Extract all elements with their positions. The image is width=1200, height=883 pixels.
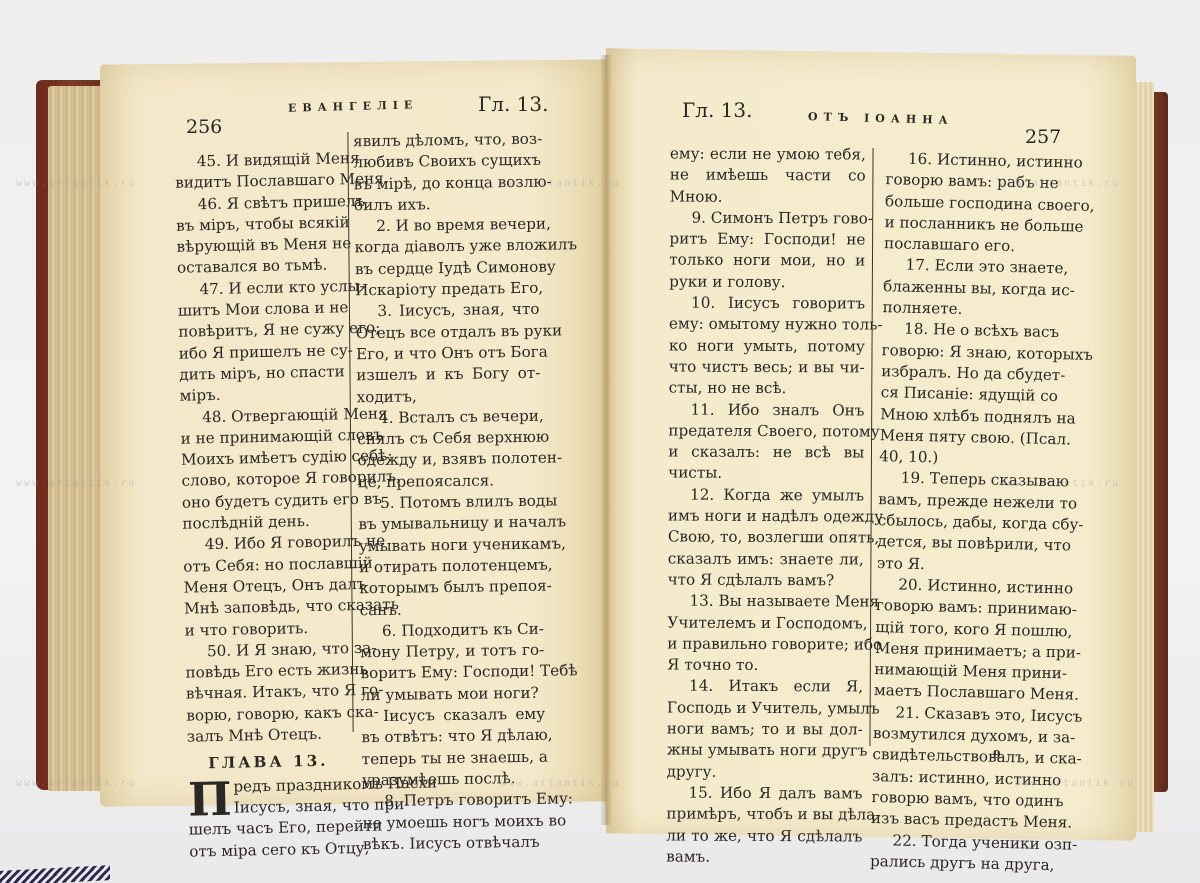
- text-line: 2. И во время вечери,: [354, 214, 538, 238]
- text-line: вѣкъ. Іисусъ отвѣчалъ: [363, 831, 547, 855]
- text-line: 12. Когда же умылъ: [668, 484, 864, 506]
- text-line: любивъ Своихъ сущихъ: [353, 150, 537, 174]
- text-line: ли умывать мои ноги?: [361, 682, 545, 706]
- text-line: и отирать полотенцемъ,: [359, 555, 543, 579]
- text-line: руки и голову.: [669, 271, 865, 293]
- text-line: жны умывать ноги другъ: [667, 740, 863, 762]
- text-line: ко ноги умыть, потому: [669, 335, 865, 357]
- text-line: въ отвѣтъ: что Я дѣлаю,: [361, 725, 545, 749]
- right-page-column-2: 16. Истинно, истинноговорю вамъ: рабъ не…: [870, 148, 1056, 876]
- text-line: не имѣешь части со: [670, 165, 866, 187]
- left-page-column-2: явилъ дѣломъ, что, воз-любивъ Своихъ сущ…: [353, 129, 547, 856]
- text-line: ходитъ,: [357, 384, 541, 408]
- text-line: дить міръ, но спасти: [179, 361, 341, 386]
- text-line: только ноги мои, но и: [669, 250, 865, 272]
- text-line: Я точно то.: [667, 655, 863, 677]
- text-line: Іисусъ сказалъ ему: [361, 704, 545, 728]
- cloth-corner: [0, 865, 110, 883]
- text-line: Мнѣ заповѣдь, что сказать: [184, 596, 346, 621]
- text-line: отъ міра сего къ Отцу,: [189, 838, 351, 863]
- chapter-title: ГЛАВА 13.: [187, 745, 350, 778]
- watermark: www.artantik.ru: [1000, 178, 1120, 189]
- text-line: оно будетъ судить его въ: [182, 489, 344, 514]
- text-line: 6. Подходитъ къ Си-: [360, 619, 544, 643]
- text-line: 9. Симонъ Петръ гово-: [669, 207, 865, 229]
- text-line: 5. Потомъ влилъ воды: [358, 491, 542, 515]
- text-line: шелъ часъ Его, перейти: [189, 816, 351, 841]
- text-line: Его, и что Онъ отъ Бога: [356, 342, 540, 366]
- text-line: це, препоясался.: [358, 469, 542, 493]
- text-line: когда діаволъ уже вложилъ: [354, 235, 538, 259]
- text-line: изшелъ и къ Богу от-: [356, 363, 540, 387]
- left-chapter-ref: Гл. 13.: [478, 92, 548, 116]
- text-line: ворю, говорю, какъ ска-: [186, 702, 348, 727]
- text-line: воритъ Ему: Господи! Тебѣ: [360, 661, 544, 685]
- right-page-number: 257: [1025, 126, 1061, 148]
- text-line: 49. Ибо Я говорилъ не: [183, 532, 345, 557]
- text-line: что Я сдѣлалъ вамъ?: [668, 569, 864, 591]
- page-edges-left: [48, 86, 108, 791]
- text-line: предателя Своего, потому: [668, 420, 864, 442]
- left-page-column-1: 45. И видящій Менявидитъ Пославшаго Меня…: [175, 148, 352, 862]
- text-line: 4. Всталъ съ вечери,: [357, 406, 541, 430]
- chapter-opening: П редъ праздникомъ ПасхиІисусъ, зная, чт…: [188, 774, 352, 863]
- text-line: ритъ Ему: Господи! не: [669, 229, 865, 251]
- text-line: умывать ноги ученикамъ,: [359, 533, 543, 557]
- text-line: другу.: [667, 761, 863, 783]
- verse-lines: 45. И видящій Менявидитъ Пославшаго Меня…: [175, 148, 349, 748]
- dropcap: П: [188, 778, 232, 819]
- text-line: и сказалъ: не всѣ вы: [668, 442, 864, 464]
- text-line: 14. Итакъ если Я,: [667, 676, 863, 698]
- text-line: Мною.: [670, 186, 866, 208]
- text-line: примѣръ, чтобъ и вы дѣла-: [666, 804, 862, 826]
- text-line: чисты.: [668, 463, 864, 485]
- watermark: www.artantik.ru: [16, 178, 136, 189]
- text-line: Отецъ все отдалъ въ руки: [356, 320, 540, 344]
- watermark: www.artantik.ru: [1000, 478, 1120, 489]
- text-line: что чистъ весь; и вы чи-: [669, 356, 865, 378]
- watermark: www.artantik.ru: [16, 478, 136, 489]
- text-line: рались другъ на друга,: [870, 851, 1040, 876]
- text-line: 15. Ибо Я далъ вамъ: [666, 782, 862, 804]
- text-line: 10. Іисусъ говоритъ: [669, 293, 865, 315]
- watermark: www.artantik.ru: [1015, 778, 1135, 789]
- text-line: видитъ Пославшаго Меня.: [175, 170, 337, 195]
- signature-mark: 9: [993, 748, 1001, 761]
- text-line: имъ ноги и надѣлъ одежду: [668, 506, 864, 528]
- text-line: въ сердце Іудѣ Симонову: [355, 257, 539, 281]
- text-line: которымъ былъ препоя-: [359, 576, 543, 600]
- text-line: Свою, то, возлегши опять,: [668, 527, 864, 549]
- text-line: 13. Вы называете Меня: [667, 591, 863, 613]
- right-chapter-ref: Гл. 13.: [682, 98, 752, 122]
- text-line: ноги вамъ; то и вы дол-: [667, 718, 863, 740]
- left-page-number: 256: [186, 116, 222, 138]
- verse-lines: явилъ дѣломъ, что, воз-любивъ Своихъ сущ…: [353, 129, 547, 856]
- text-line: слово, которое Я говорилъ,: [181, 468, 343, 493]
- text-line: 8. Петръ говоритъ Ему:: [362, 789, 546, 813]
- watermark: www.artantik.ru: [500, 778, 620, 789]
- text-line: мону Петру, и тотъ го-: [360, 640, 544, 664]
- text-line: не умоешь ногъ моихъ во: [362, 810, 546, 834]
- text-line: оставался во тьмѣ.: [177, 255, 339, 280]
- text-line: Господь и Учитель, умылъ: [667, 697, 863, 719]
- watermark: www.artantik.ru: [500, 178, 620, 189]
- text-line: билъ ихъ.: [354, 193, 538, 217]
- verse-lines: 16. Истинно, истинноговорю вамъ: рабъ не…: [870, 148, 1056, 876]
- text-line: и правильно говорите; ибо: [667, 633, 863, 655]
- text-line: снялъ съ Себя верхнюю: [357, 427, 541, 451]
- text-line: вамъ.: [666, 846, 862, 868]
- text-line: вѣчная. Итакъ, что Я го-: [186, 681, 348, 706]
- watermark: www.artantik.ru: [16, 778, 136, 789]
- text-line: повѣритъ, Я не сужу его;: [178, 319, 340, 344]
- verse-lines: ему: если не умою тебя,не имѣешь части с…: [666, 143, 866, 868]
- text-line: ему: омытому нужно толь-: [669, 314, 865, 336]
- text-line: одежду и, взявъ полотен-: [357, 448, 541, 472]
- text-line: явилъ дѣломъ, что, воз-: [353, 129, 537, 153]
- text-line: 3. Іисусъ, зная, что: [355, 299, 539, 323]
- text-line: санъ.: [359, 597, 543, 621]
- book-gutter: [600, 55, 612, 825]
- text-line: 11. Ибо зналъ Онъ: [668, 399, 864, 421]
- text-line: сты, но не всѣ.: [669, 378, 865, 400]
- text-line: теперь ты не знаешь, а: [362, 746, 546, 770]
- text-line: ему: если не умою тебя,: [670, 143, 866, 165]
- text-line: Учителемъ и Господомъ,: [667, 612, 863, 634]
- text-line: сказалъ имъ: знаете ли,: [668, 548, 864, 570]
- text-line: въ умывальницу и началъ: [358, 512, 542, 536]
- right-page-column-1: ему: если не умою тебя,не имѣешь части с…: [666, 143, 866, 868]
- text-line: ли то же, что Я сдѣлалъ: [666, 825, 862, 847]
- text-line: Искаріоту предать Его,: [355, 278, 539, 302]
